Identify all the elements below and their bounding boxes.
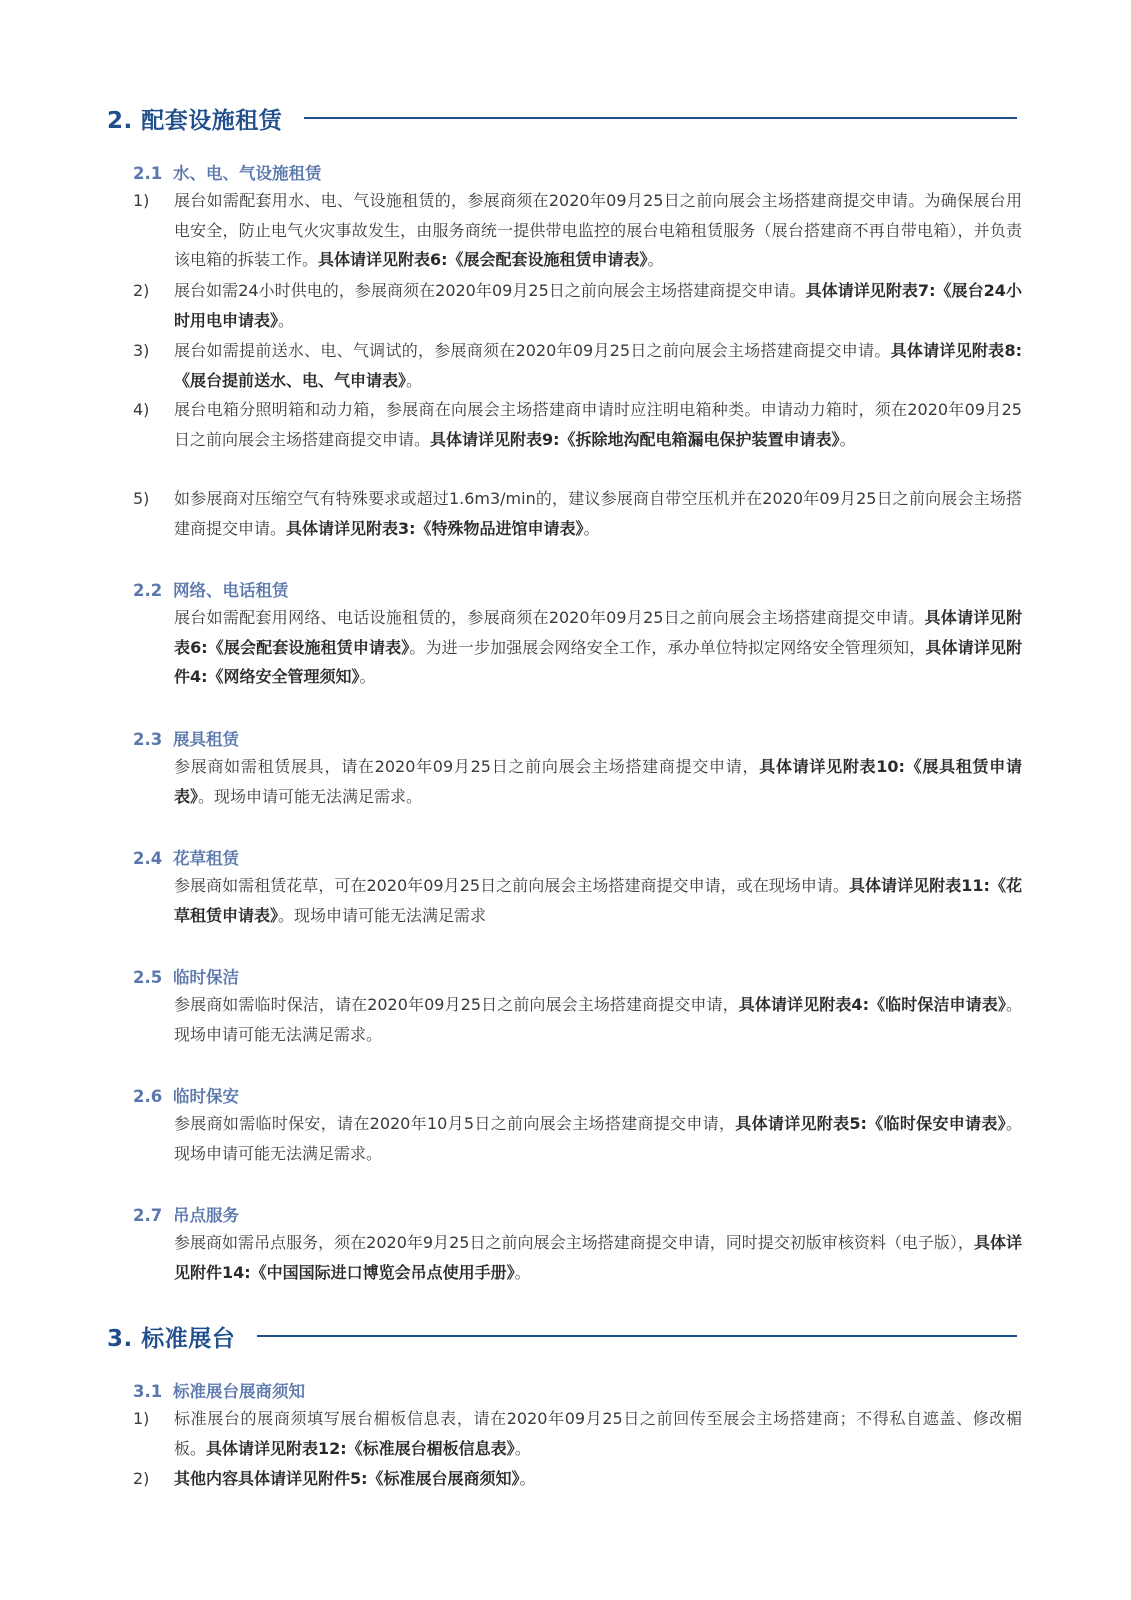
paragraph: 参展商如需租赁花草，可在2020年09月25日之前向展会主场搭建商提交申请，或在… bbox=[174, 871, 1022, 930]
heading-divider bbox=[257, 1335, 1017, 1337]
section-2-title: 2. 配套设施租赁 bbox=[107, 102, 282, 135]
list-item: 1) 展台如需配套用水、电、气设施租赁的，参展商须在2020年09月25日之前向… bbox=[133, 186, 1023, 275]
list-item: 2) 展台如需24小时供电的，参展商须在2020年09月25日之前向展会主场搭建… bbox=[133, 276, 1023, 335]
subsection-2-5-heading: 2.5临时保洁 bbox=[133, 964, 239, 988]
paragraph: 展台如需配套用网络、电话设施租赁的，参展商须在2020年09月25日之前向展会主… bbox=[174, 603, 1022, 692]
paragraph: 参展商如需临时保洁，请在2020年09月25日之前向展会主场搭建商提交申请，具体… bbox=[174, 990, 1022, 1049]
list-item: 4) 展台电箱分照明箱和动力箱，参展商在向展会主场搭建商申请时应注明电箱种类。申… bbox=[133, 395, 1023, 454]
heading-divider bbox=[304, 117, 1017, 119]
paragraph: 参展商如需临时保安，请在2020年10月5日之前向展会主场搭建商提交申请，具体请… bbox=[174, 1109, 1022, 1168]
list-item: 1) 标准展台的展商须填写展台楣板信息表，请在2020年09月25日之前回传至展… bbox=[133, 1404, 1023, 1463]
section-3-heading: 3. 标准展台 bbox=[107, 1316, 1017, 1356]
subsection-2-4-heading: 2.4花草租赁 bbox=[133, 845, 239, 869]
list-item: 5) 如参展商对压缩空气有特殊要求或超过1.6m3/min的，建议参展商自带空压… bbox=[133, 484, 1023, 543]
subsection-2-3-heading: 2.3展具租赁 bbox=[133, 726, 239, 750]
subsection-3-1-heading: 3.1标准展台展商须知 bbox=[133, 1378, 305, 1402]
paragraph: 参展商如需租赁展具，请在2020年09月25日之前向展会主场搭建商提交申请，具体… bbox=[174, 752, 1022, 811]
section-3-title: 3. 标准展台 bbox=[107, 1320, 235, 1353]
list-item: 3) 展台如需提前送水、电、气调试的，参展商须在2020年09月25日之前向展会… bbox=[133, 336, 1023, 395]
subsection-2-6-heading: 2.6临时保安 bbox=[133, 1083, 239, 1107]
subsection-2-1-heading: 2.1水、电、气设施租赁 bbox=[133, 160, 322, 184]
subsection-2-2-heading: 2.2网络、电话租赁 bbox=[133, 577, 289, 601]
list-item: 2) 其他内容具体请详见附件5:《标准展台展商须知》。 bbox=[133, 1464, 1023, 1494]
paragraph: 参展商如需吊点服务，须在2020年9月25日之前向展会主场搭建商提交申请，同时提… bbox=[174, 1228, 1022, 1287]
subsection-2-7-heading: 2.7吊点服务 bbox=[133, 1202, 239, 1226]
section-2-heading: 2. 配套设施租赁 bbox=[107, 98, 1017, 138]
